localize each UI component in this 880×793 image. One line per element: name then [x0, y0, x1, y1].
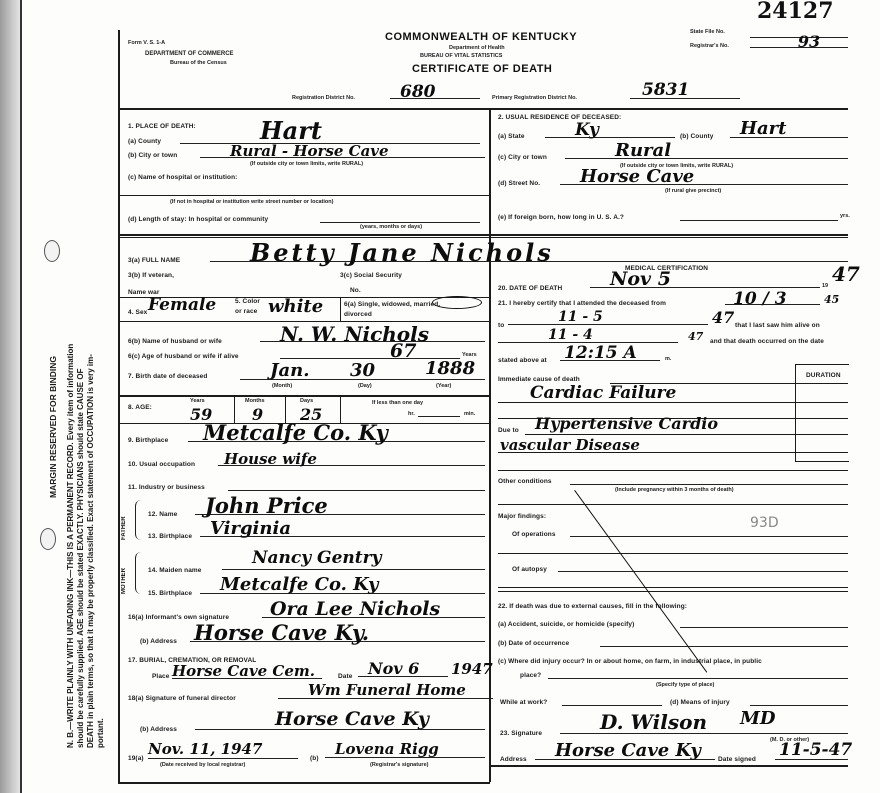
- father-birth-field[interactable]: Virginia: [200, 518, 485, 537]
- margin-binding-note: MARGIN RESERVED FOR BINDING: [48, 356, 58, 498]
- father-name-label: 12. Name: [148, 511, 177, 518]
- primary-district-field[interactable]: 5831: [630, 80, 740, 99]
- cause-line: [525, 434, 848, 435]
- department-label: DEPARTMENT OF COMMERCE: [145, 51, 234, 57]
- stated-label: stated above at: [498, 357, 547, 364]
- birth-year-field[interactable]: 1888: [425, 358, 475, 379]
- divider: [498, 591, 848, 592]
- death-date-field[interactable]: Nov 5: [590, 268, 820, 288]
- cause-line: [498, 402, 848, 403]
- hr-field[interactable]: [418, 416, 460, 417]
- father-bracket: [135, 500, 142, 540]
- accident-field[interactable]: [680, 627, 848, 628]
- death-city-label: (b) City or town: [128, 152, 177, 159]
- sex-label: 4. Sex: [128, 309, 147, 316]
- operations-field[interactable]: [570, 536, 848, 537]
- bureau-census-label: Bureau of the Census: [170, 60, 227, 66]
- other-conditions-label: Other conditions: [498, 478, 552, 485]
- hospital-label: (c) Name of hospital or institution:: [128, 174, 237, 181]
- frame-bottom-left: [118, 782, 490, 784]
- means-label: (d) Means of injury: [670, 699, 730, 706]
- informant-sig-field[interactable]: Ora Lee Nichols: [262, 598, 485, 618]
- cause-line: [498, 470, 848, 471]
- due-to-label: Due to: [498, 427, 519, 434]
- husband-name-label: 6(b) Name of husband or wife: [128, 338, 222, 345]
- birth-day-note: (Day): [358, 383, 372, 389]
- margin-instructions-3: DEATH in plain terms, so that it may be …: [86, 354, 95, 748]
- other-conditions-note: (Include pregnancy within 3 months of de…: [615, 487, 734, 493]
- occurrence-date-label: (b) Date of occurrence: [498, 640, 569, 647]
- ssn-label: 3(c) Social Security: [340, 272, 402, 279]
- cause-line: [498, 452, 848, 453]
- due-to-field-1[interactable]: Hypertensive Cardio: [535, 414, 718, 433]
- mother-bracket: [135, 552, 142, 594]
- birth-month-field[interactable]: Jan.: [270, 360, 310, 381]
- res-state-label: (a) State: [498, 133, 525, 140]
- birthplace-label: 9. Birthplace: [128, 437, 168, 444]
- divider: [340, 297, 341, 321]
- res-county-field[interactable]: Hart: [730, 118, 848, 138]
- mother-birth-field[interactable]: Metcalfe Co. Ky: [200, 574, 485, 594]
- autopsy-label: Of autopsy: [512, 566, 547, 573]
- attended-to-year[interactable]: 47: [712, 308, 734, 327]
- divider: [498, 587, 848, 588]
- res-street-field[interactable]: Horse Cave: [560, 166, 848, 185]
- stay-label: (d) Length of stay: In hospital or commu…: [128, 216, 268, 223]
- min-label: min.: [464, 411, 475, 417]
- burial-place-field[interactable]: Horse Cave Cem.: [172, 662, 322, 679]
- binding-hole-top: [44, 240, 60, 262]
- death-county-label: (a) County: [128, 138, 161, 145]
- race-label: 5. Color or race: [235, 297, 265, 317]
- father-name-field[interactable]: John Price: [195, 493, 485, 515]
- registrar-no-label: Registrar's No.: [690, 43, 729, 49]
- death-city-note: (If outside city or town limits, write R…: [250, 161, 363, 167]
- husband-age-label: 6(c) Age of husband or wife if alive: [128, 353, 239, 360]
- divider: [118, 195, 490, 196]
- state-title: COMMONWEALTH OF KENTUCKY: [385, 31, 577, 43]
- stay-field[interactable]: [320, 221, 480, 223]
- cause-line: [498, 553, 848, 554]
- divider: [118, 395, 490, 397]
- industry-field[interactable]: [228, 490, 485, 491]
- immediate-cause-field[interactable]: Cardiac Failure: [530, 383, 676, 403]
- occurrence-date-field[interactable]: [600, 646, 848, 647]
- reg-district-field[interactable]: 680: [390, 82, 480, 99]
- last-saw-field[interactable]: 11 - 4: [498, 327, 678, 343]
- husband-name-field[interactable]: N. W. Nichols: [260, 322, 485, 342]
- place-label: place?: [520, 672, 541, 679]
- hr-label: hr.: [408, 411, 415, 417]
- birth-year-note: (Year): [436, 383, 451, 389]
- received-date-field[interactable]: Nov. 11, 1947: [148, 740, 298, 759]
- work-field[interactable]: [562, 705, 662, 706]
- attended-from-year[interactable]: 45: [824, 293, 839, 306]
- death-county-field[interactable]: Hart: [180, 116, 480, 144]
- mother-tag: MOTHER: [121, 552, 131, 594]
- attended-from-field[interactable]: 10 / 3: [725, 289, 820, 305]
- received-label: 19(a): [128, 755, 144, 762]
- burial-date-field[interactable]: Nov 6: [358, 659, 448, 677]
- res-city-label: (c) City or town: [498, 154, 547, 161]
- director-address-field[interactable]: Horse Cave Ky: [195, 708, 485, 730]
- registrar-no-field[interactable]: 93: [750, 32, 848, 48]
- death-date-label: 20. DATE OF DEATH: [498, 285, 562, 292]
- divider: [118, 234, 848, 236]
- bureau-vital-label: BUREAU OF VITAL STATISTICS: [420, 53, 502, 59]
- ssn-no-label: No.: [350, 287, 361, 294]
- pencil-note: 93D: [750, 515, 779, 531]
- occupation-field[interactable]: House wife: [218, 450, 485, 466]
- time-unit: m.: [665, 356, 671, 362]
- state-file-label: State File No.: [690, 29, 725, 35]
- where-label: (c) Where did injury occur? In or about …: [498, 658, 762, 665]
- other-conditions-field[interactable]: [570, 484, 848, 485]
- stamp-number: 24127: [757, 0, 834, 24]
- age-label: 8. AGE:: [128, 404, 152, 411]
- margin-instructions-2: should be carefully supplied. AGE should…: [76, 369, 85, 748]
- registrar-note: (Registrar's signature): [370, 762, 428, 768]
- director-field[interactable]: Wm Funeral Home: [278, 681, 493, 699]
- scan-edge-line: [20, 0, 22, 793]
- physician-address-label: Address: [500, 756, 527, 763]
- divider: [285, 395, 286, 423]
- physician-address-field[interactable]: Horse Cave Ky: [535, 740, 715, 760]
- autopsy-field[interactable]: [558, 571, 848, 572]
- frame-left: [118, 30, 120, 782]
- signature-label: 23. Signature: [500, 730, 542, 737]
- certificate-title: CERTIFICATE OF DEATH: [412, 63, 552, 75]
- birth-date-label: 7. Birth date of deceased: [128, 373, 207, 380]
- burial-date-label: Date: [338, 673, 353, 680]
- registrar-sig-label: (b): [310, 755, 319, 762]
- dept-health-label: Department of Health: [449, 45, 505, 51]
- frame-top: [118, 108, 848, 110]
- physician-suffix: MD: [740, 708, 776, 729]
- place-note: (Specify type of place): [656, 682, 714, 688]
- industry-label: 11. Industry or business: [128, 484, 205, 491]
- veteran-label: 3(b) If veteran,: [128, 272, 174, 279]
- full-name-label: 3(a) FULL NAME: [128, 257, 180, 264]
- death-time-field[interactable]: 12:15 A: [560, 343, 660, 361]
- res-city-field[interactable]: Rural: [565, 140, 848, 159]
- occupation-label: 10. Usual occupation: [128, 461, 195, 468]
- date-signed-field[interactable]: 11-5-47: [775, 740, 848, 760]
- full-name-field[interactable]: Betty Jane Nichols: [210, 238, 848, 262]
- age-days-header: Days: [300, 398, 313, 404]
- attended-label: 21. I hereby certify that I attended the…: [498, 300, 666, 307]
- attended-to-field[interactable]: 11 - 5: [508, 309, 708, 325]
- sex-field[interactable]: Female: [148, 295, 216, 315]
- scan-edge-shadow: [0, 0, 20, 793]
- res-state-field[interactable]: Ky: [545, 120, 675, 138]
- work-label: While at work?: [500, 699, 547, 706]
- cause-line: [498, 504, 848, 505]
- stay-note: (years, months or days): [360, 224, 422, 230]
- findings-label: Major findings:: [498, 513, 546, 520]
- occurred-label: and that death occurred on the date: [710, 338, 824, 345]
- margin-instructions-4: portant.: [96, 718, 105, 748]
- form-number: Form V. S. 1-A: [128, 40, 165, 46]
- burial-year-field[interactable]: 1947: [451, 660, 493, 678]
- foreign-unit: yrs.: [840, 213, 850, 219]
- father-tag: FATHER: [121, 500, 131, 540]
- last-saw-label: that I last saw him alive on: [735, 322, 820, 329]
- divider: [340, 395, 341, 423]
- registrar-sig-field[interactable]: Lovena Rigg: [325, 740, 485, 758]
- primary-district-label: Primary Registration District No.: [492, 95, 577, 101]
- immediate-cause-label: Immediate cause of death: [498, 376, 580, 383]
- mother-maiden-field[interactable]: Nancy Gentry: [222, 548, 485, 570]
- director-label: 18(a) Signature of funeral director: [128, 695, 236, 702]
- informant-address-label: (b) Address: [140, 638, 177, 645]
- death-year-field[interactable]: 47: [832, 262, 860, 286]
- reg-district-label: Registration District No.: [292, 95, 355, 101]
- mother-birth-label: 15. Birthplace: [148, 590, 192, 597]
- means-field[interactable]: [750, 705, 848, 706]
- father-birth-label: 13. Birthplace: [148, 533, 192, 540]
- age-years-header: Years: [190, 398, 205, 404]
- res-street-note: (If rural give precinct): [665, 188, 721, 194]
- operations-label: Of operations: [512, 531, 556, 538]
- informant-address-field[interactable]: Horse Cave Ky.: [190, 620, 485, 642]
- res-street-label: (d) Street No.: [498, 180, 540, 187]
- less-day-label: If less than one day: [372, 400, 423, 406]
- race-field[interactable]: white: [268, 296, 323, 317]
- physician-signature-field[interactable]: D. Wilson: [560, 710, 848, 734]
- accident-label: (a) Accident, suicide, or homicide (spec…: [498, 621, 634, 628]
- foreign-field[interactable]: [680, 219, 838, 221]
- date-signed-label: Date signed: [718, 756, 756, 763]
- received-note: (Date received by local registrar): [160, 762, 245, 768]
- birth-month-note: (Month): [272, 383, 292, 389]
- foreign-label: (e) If foreign born, how long in U. S. A…: [498, 214, 624, 221]
- margin-instructions-1: N. B.—WRITE PLAINLY WITH UNFADING INK—TH…: [66, 344, 75, 748]
- hospital-note: (If not in hospital or institution write…: [170, 199, 333, 205]
- director-address-label: (b) Address: [140, 726, 177, 733]
- res-county-label: (b) County: [680, 133, 714, 140]
- duration-label: DURATION: [806, 372, 841, 379]
- marital-selected-circle[interactable]: [432, 296, 482, 309]
- death-year-prefix: 19: [822, 283, 828, 289]
- age-months-header: Months: [245, 398, 265, 404]
- birth-day-field[interactable]: 30: [350, 360, 375, 381]
- divider: [234, 395, 235, 423]
- husband-age-field[interactable]: 67: [280, 340, 460, 359]
- last-saw-year[interactable]: 47: [688, 330, 703, 343]
- binding-hole-bottom: [40, 528, 56, 550]
- birthplace-field[interactable]: Metcalfe Co. Ky: [188, 420, 485, 442]
- death-city-field[interactable]: Rural - Horse Cave: [200, 142, 485, 158]
- burial-place-label: Place: [152, 673, 170, 680]
- injury-place-field[interactable]: [548, 678, 848, 679]
- mother-maiden-label: 14. Maiden name: [148, 567, 202, 574]
- frame-bottom-right: [490, 765, 848, 767]
